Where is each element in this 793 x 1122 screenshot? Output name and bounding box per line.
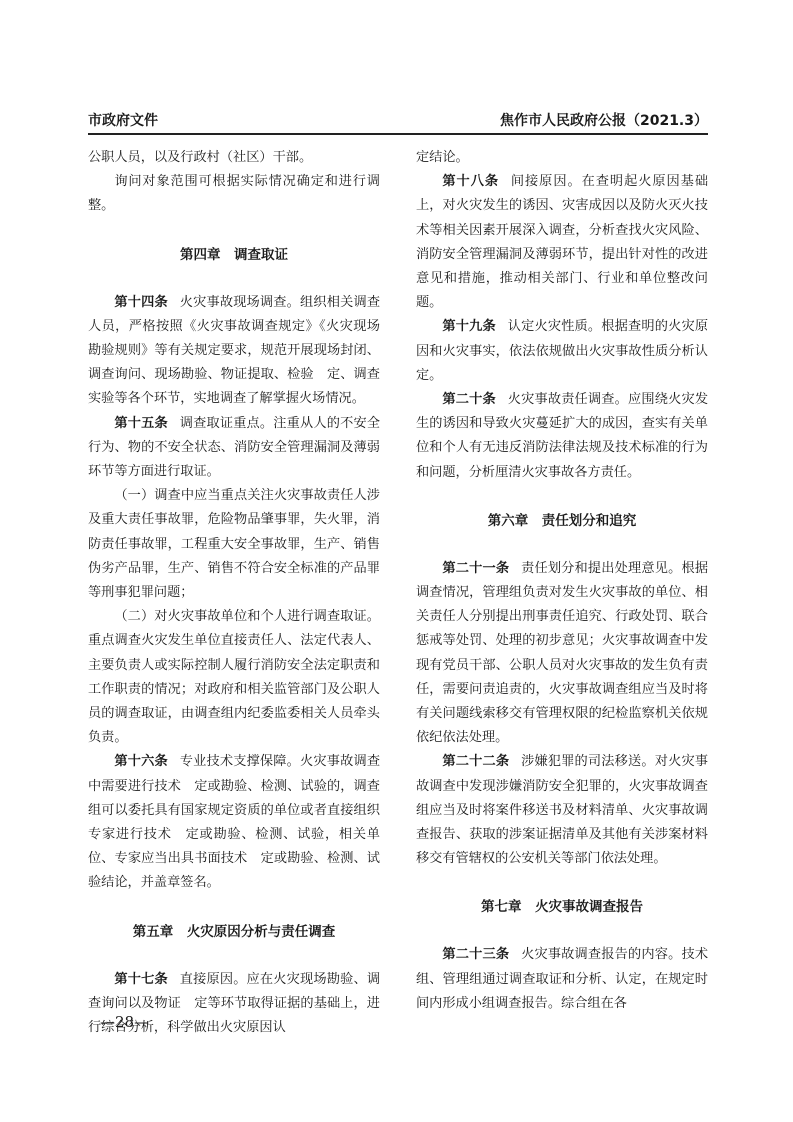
list-item: （一）调查中应当重点关注火灾事故责任人涉及重大责任事故罪，危险物品肇事罪，失火罪… [88, 484, 380, 605]
chapter-heading: 第七章 火灾事故调查报告 [416, 895, 708, 919]
article-18: 第十八条间接原因。在查明起火原因基础上，对火灾发生的诱因、灾害成因以及防火灭火技… [416, 170, 708, 315]
article-14: 第十四条火灾事故现场调查。组织相关调查人员，严格按照《火灾事故调查规定》《火灾现… [88, 291, 380, 412]
article-label: 第二十二条 [442, 754, 509, 769]
chapter-heading: 第六章 责任划分和追究 [416, 509, 708, 533]
article-text: 责任划分和提出处理意见。根据调查情况，管理组负责对发生火灾事故的单位、相关责任人… [416, 561, 708, 745]
article-23: 第二十三条火灾事故调查报告的内容。技术组、管理组通过调查取证和分析、认定，在规定… [416, 943, 708, 1016]
right-column: 定结论。 第十八条间接原因。在查明起火原因基础上，对火灾发生的诱因、灾害成因以及… [416, 146, 708, 1016]
page-number: —28— [100, 1013, 149, 1031]
article-22: 第二十二条涉嫌犯罪的司法移送。对火灾事故调查中发现涉嫌消防安全犯罪的，火灾事故调… [416, 750, 708, 871]
page-header: 市政府文件 焦作市人民政府公报（2021.3） [88, 110, 708, 132]
article-text: 火灾事故现场调查。组织相关调查人员，严格按照《火灾事故调查规定》《火灾现场勘验规… [88, 295, 380, 407]
article-21: 第二十一条责任划分和提出处理意见。根据调查情况，管理组负责对发生火灾事故的单位、… [416, 557, 708, 751]
article-label: 第十七条 [114, 972, 167, 987]
article-label: 第十五条 [114, 416, 167, 431]
article-text: 间接原因。在查明起火原因基础上，对火灾发生的诱因、灾害成因以及防火灭火技术等相关… [416, 174, 708, 310]
section-label: 市政府文件 [88, 110, 158, 130]
article-15: 第十五条调查取证重点。注重从人的不安全行为、物的不安全状态、消防安全管理漏洞及薄… [88, 412, 380, 485]
article-text: 涉嫌犯罪的司法移送。对火灾事故调查中发现涉嫌消防安全犯罪的，火灾事故调查组应当及… [416, 754, 708, 866]
article-label: 第二十一条 [442, 561, 509, 576]
paragraph: 询问对象范围可根据实际情况确定和进行调整。 [88, 170, 380, 218]
publication-title: 焦作市人民政府公报（2021.3） [500, 110, 708, 130]
left-column: 公职人员，以及行政村（社区）干部。 询问对象范围可根据实际情况确定和进行调整。 … [88, 146, 380, 1040]
article-20: 第二十条火灾事故责任调查。应围绕火灾发生的诱因和导致火灾蔓延扩大的成因，查实有关… [416, 388, 708, 485]
article-label: 第十六条 [114, 754, 167, 769]
article-label: 第二十三条 [442, 947, 509, 962]
article-label: 第十四条 [114, 295, 167, 310]
chapter-heading: 第四章 调查取证 [88, 243, 380, 267]
article-label: 第二十条 [442, 392, 495, 407]
paragraph: 公职人员，以及行政村（社区）干部。 [88, 146, 380, 170]
article-16: 第十六条专业技术支撑保障。火灾事故调查中需要进行技术 定或勘验、检测、试验的，调… [88, 750, 380, 895]
article-19: 第十九条认定火灾性质。根据查明的火灾原因和火灾事实，依法依规做出火灾事故性质分析… [416, 315, 708, 388]
header-rule [88, 133, 708, 135]
article-label: 第十九条 [442, 319, 495, 334]
article-text: 专业技术支撑保障。火灾事故调查中需要进行技术 定或勘验、检测、试验的，调查组可以… [88, 754, 380, 890]
paragraph: 定结论。 [416, 146, 708, 170]
chapter-heading: 第五章 火灾原因分析与责任调查 [88, 920, 380, 944]
list-item: （二）对火灾事故单位和个人进行调查取证。重点调查火灾发生单位直接责任人、法定代表… [88, 605, 380, 750]
article-label: 第十八条 [442, 174, 499, 189]
